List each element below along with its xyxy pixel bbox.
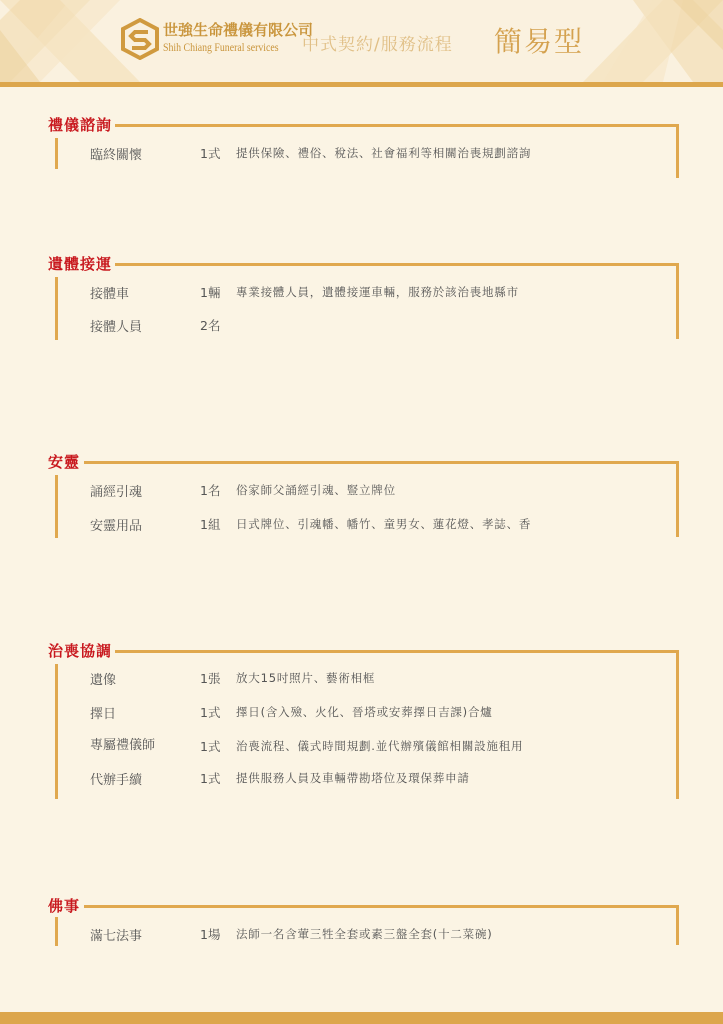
list-item: 安靈用品 1組 日式牌位、引魂幡、幡竹、童男女、蓮花燈、孝誌、香 — [0, 515, 723, 535]
item-description: 提供保險、禮俗、稅法、社會福利等相關治喪規劃諮詢 — [236, 145, 531, 161]
item-quantity: 1張 — [200, 669, 220, 687]
item-quantity: 1式 — [200, 737, 220, 755]
item-name: 誦經引魂 — [90, 481, 142, 500]
section-top-line — [110, 650, 679, 653]
item-quantity: 1名 — [200, 481, 220, 499]
item-quantity: 1組 — [200, 515, 220, 533]
section-top-line — [84, 461, 679, 464]
section-title: 治喪協調 — [48, 640, 115, 661]
item-quantity: 1場 — [200, 925, 220, 943]
item-name: 接體車 — [90, 283, 129, 302]
item-description: 法師一名含葷三牲全套或素三盤全套(十二菜碗) — [236, 926, 493, 942]
section-title: 禮儀諮詢 — [48, 114, 115, 135]
item-quantity: 1式 — [200, 703, 220, 721]
list-item: 接體人員 2名 — [0, 316, 723, 336]
item-name: 擇日 — [90, 703, 116, 722]
section-title: 安靈 — [48, 451, 83, 472]
list-item: 代辦手續 1式 提供服務人員及車輛帶勘塔位及環保葬申請 — [0, 769, 723, 789]
list-item: 擇日 1式 擇日(含入殮、火化、晉塔或安葬擇日吉課)合爐 — [0, 703, 723, 723]
footer-bar — [0, 1012, 723, 1024]
item-name: 接體人員 — [90, 316, 142, 335]
item-name: 臨終關懷 — [90, 144, 142, 163]
item-name: 代辦手續 — [90, 769, 142, 788]
item-quantity: 1式 — [200, 769, 220, 787]
section-top-line — [110, 124, 679, 127]
section-top-line — [110, 263, 679, 266]
item-description: 擇日(含入殮、火化、晉塔或安葬擇日吉課)合爐 — [236, 704, 493, 720]
item-description: 專業接體人員，遺體接運車輛，服務於該治喪地縣市 — [236, 284, 519, 300]
section-top-line — [84, 905, 679, 908]
page-header: 世強生命禮儀有限公司 Shih Chiang Funeral services … — [0, 0, 723, 82]
list-item: 接體車 1輛 專業接體人員，遺體接運車輛，服務於該治喪地縣市 — [0, 283, 723, 303]
item-description: 提供服務人員及車輛帶勘塔位及環保葬申請 — [236, 770, 470, 786]
item-description: 治喪流程、儀式時間規劃.並代辦殯儀館相關設施租用 — [236, 738, 523, 754]
item-name: 安靈用品 — [90, 515, 142, 534]
list-item: 誦經引魂 1名 俗家師父誦經引魂、豎立牌位 — [0, 481, 723, 501]
hexagon-s-logo-icon — [120, 18, 160, 60]
list-item: 滿七法事 1場 法師一名含葷三牲全套或素三盤全套(十二菜碗) — [0, 925, 723, 945]
item-name: 專屬禮儀師 — [90, 734, 155, 753]
brand-name-chinese: 世強生命禮儀有限公司 — [163, 19, 313, 40]
item-name: 遺像 — [90, 669, 116, 688]
brand-name-english: Shih Chiang Funeral services — [163, 40, 279, 55]
list-item: 臨終關懷 1式 提供保險、禮俗、稅法、社會福利等相關治喪規劃諮詢 — [0, 144, 723, 164]
list-item: 專屬禮儀師 1式 治喪流程、儀式時間規劃.並代辦殯儀館相關設施租用 — [0, 734, 723, 754]
item-quantity: 1輛 — [200, 283, 220, 301]
item-description: 放大15吋照片、藝術相框 — [236, 670, 375, 686]
plan-type-title: 簡易型 — [494, 20, 584, 60]
item-description: 俗家師父誦經引魂、豎立牌位 — [236, 482, 396, 498]
item-name: 滿七法事 — [90, 925, 142, 944]
item-description: 日式牌位、引魂幡、幡竹、童男女、蓮花燈、孝誌、香 — [236, 516, 531, 532]
header-divider — [0, 82, 723, 87]
list-item: 遺像 1張 放大15吋照片、藝術相框 — [0, 669, 723, 689]
section-title: 遺體接運 — [48, 253, 115, 274]
section-title: 佛事 — [48, 895, 83, 916]
item-quantity: 1式 — [200, 144, 220, 162]
item-quantity: 2名 — [200, 316, 220, 334]
page-subtitle: 中式契約/服務流程 — [302, 30, 453, 55]
